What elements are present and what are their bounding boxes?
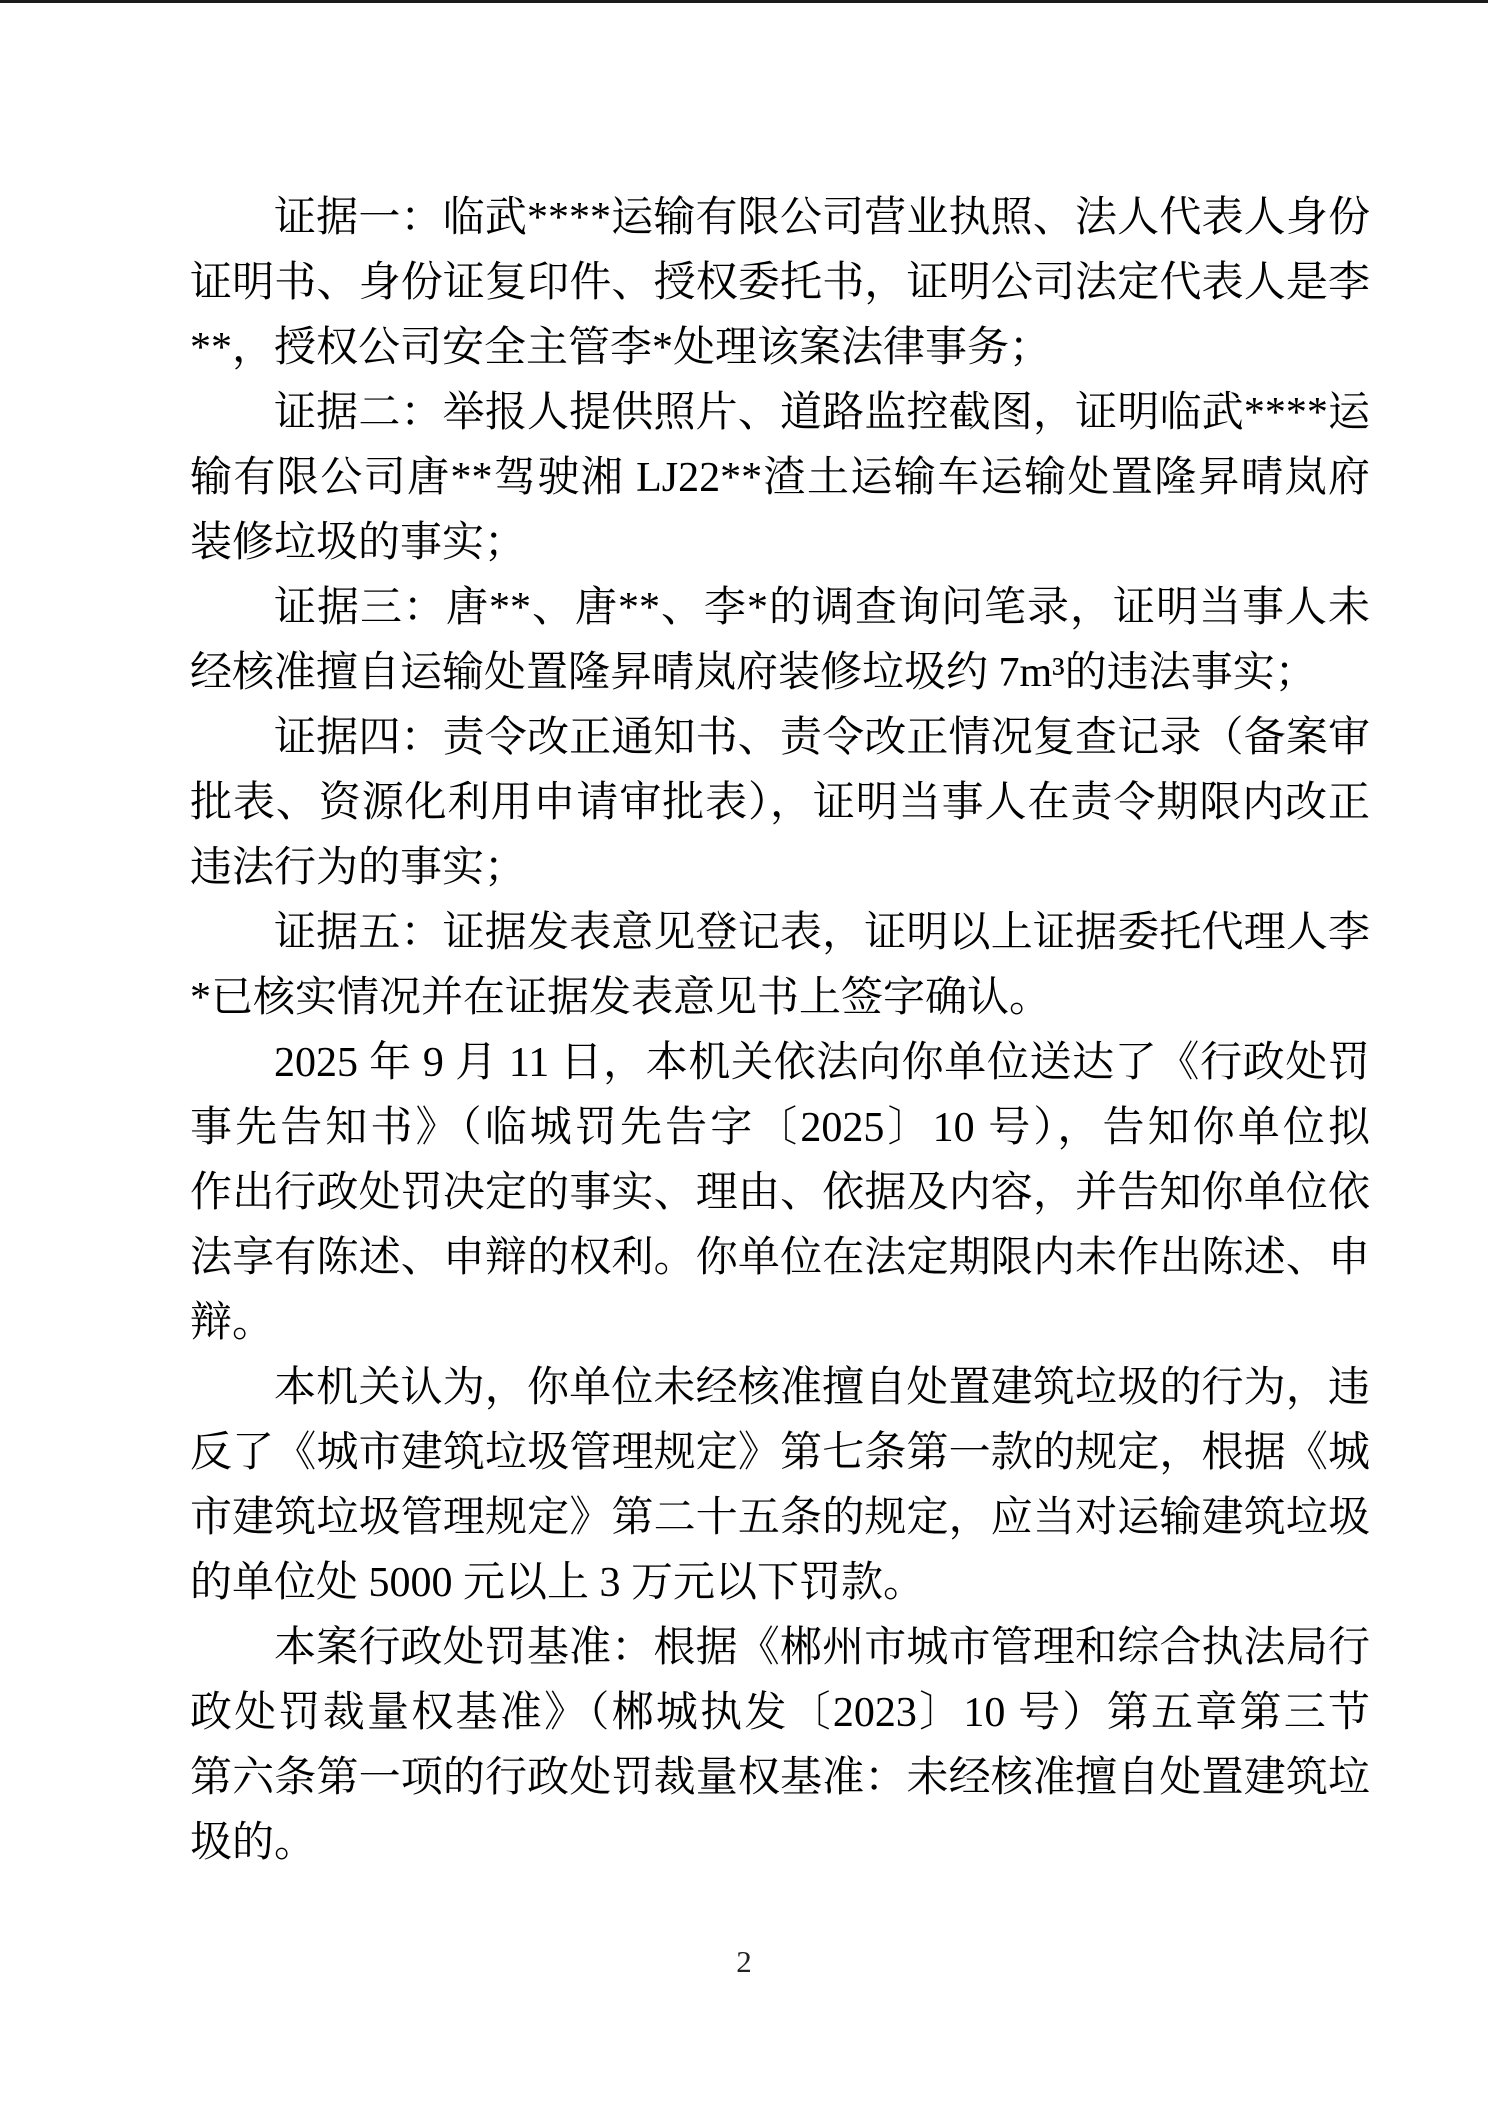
text-line: 作出行政处罚决定的事实、理由、依据及内容，并告知你单位依	[190, 1161, 1370, 1226]
scan-edge-top	[0, 0, 1488, 3]
text-line: 反了《城市建筑垃圾管理规定》第七条第一款的规定，根据《城	[190, 1421, 1370, 1486]
text-line: 批表、资源化利用申请审批表），证明当事人在责令期限内改正	[190, 771, 1370, 836]
text-line: 违法行为的事实；	[190, 836, 1370, 901]
text-line: 第六条第一项的行政处罚裁量权基准：未经核准擅自处置建筑垃	[190, 1746, 1370, 1811]
text-line: **，授权公司安全主管李*处理该案法律事务；	[190, 316, 1370, 381]
page-number: 2	[736, 1944, 752, 1979]
text-line: 圾的。	[190, 1811, 1370, 1876]
text-line: 装修垃圾的事实；	[190, 511, 1370, 576]
document-body: 证据一：临武****运输有限公司营业执照、法人代表人身份证明书、身份证复印件、授…	[190, 186, 1370, 1876]
text-line: 证据一：临武****运输有限公司营业执照、法人代表人身份	[190, 186, 1370, 251]
text-line: 的单位处 5000 元以上 3 万元以下罚款。	[190, 1551, 1370, 1616]
document-page: { "document": { "page_number": "2", "lin…	[0, 0, 1488, 2104]
text-line: *已核实情况并在证据发表意见书上签字确认。	[190, 966, 1370, 1031]
text-line: 证据三：唐**、唐**、李*的调查询问笔录，证明当事人未	[190, 576, 1370, 641]
text-line: 本机关认为，你单位未经核准擅自处置建筑垃圾的行为，违	[190, 1356, 1370, 1421]
text-line: 法享有陈述、申辩的权利。你单位在法定期限内未作出陈述、申	[190, 1226, 1370, 1291]
text-line: 事先告知书》（临城罚先告字〔2025〕10 号），告知你单位拟	[190, 1096, 1370, 1161]
text-line: 经核准擅自运输处置隆昇晴岚府装修垃圾约 7m³的违法事实；	[190, 641, 1370, 706]
text-line: 政处罚裁量权基准》（郴城执发〔2023〕10 号）第五章第三节	[190, 1681, 1370, 1746]
text-line: 市建筑垃圾管理规定》第二十五条的规定，应当对运输建筑垃圾	[190, 1486, 1370, 1551]
text-line: 证据二：举报人提供照片、道路监控截图，证明临武****运	[190, 381, 1370, 446]
text-line: 证据四：责令改正通知书、责令改正情况复查记录（备案审	[190, 706, 1370, 771]
page-footer: 2	[0, 1942, 1488, 1982]
text-line: 辩。	[190, 1291, 1370, 1356]
text-line: 本案行政处罚基准：根据《郴州市城市管理和综合执法局行	[190, 1616, 1370, 1681]
text-line: 输有限公司唐**驾驶湘 LJ22**渣土运输车运输处置隆昇晴岚府	[190, 446, 1370, 511]
text-line: 证明书、身份证复印件、授权委托书，证明公司法定代表人是李	[190, 251, 1370, 316]
text-line: 证据五：证据发表意见登记表，证明以上证据委托代理人李	[190, 901, 1370, 966]
text-line: 2025 年 9 月 11 日，本机关依法向你单位送达了《行政处罚	[190, 1031, 1370, 1096]
